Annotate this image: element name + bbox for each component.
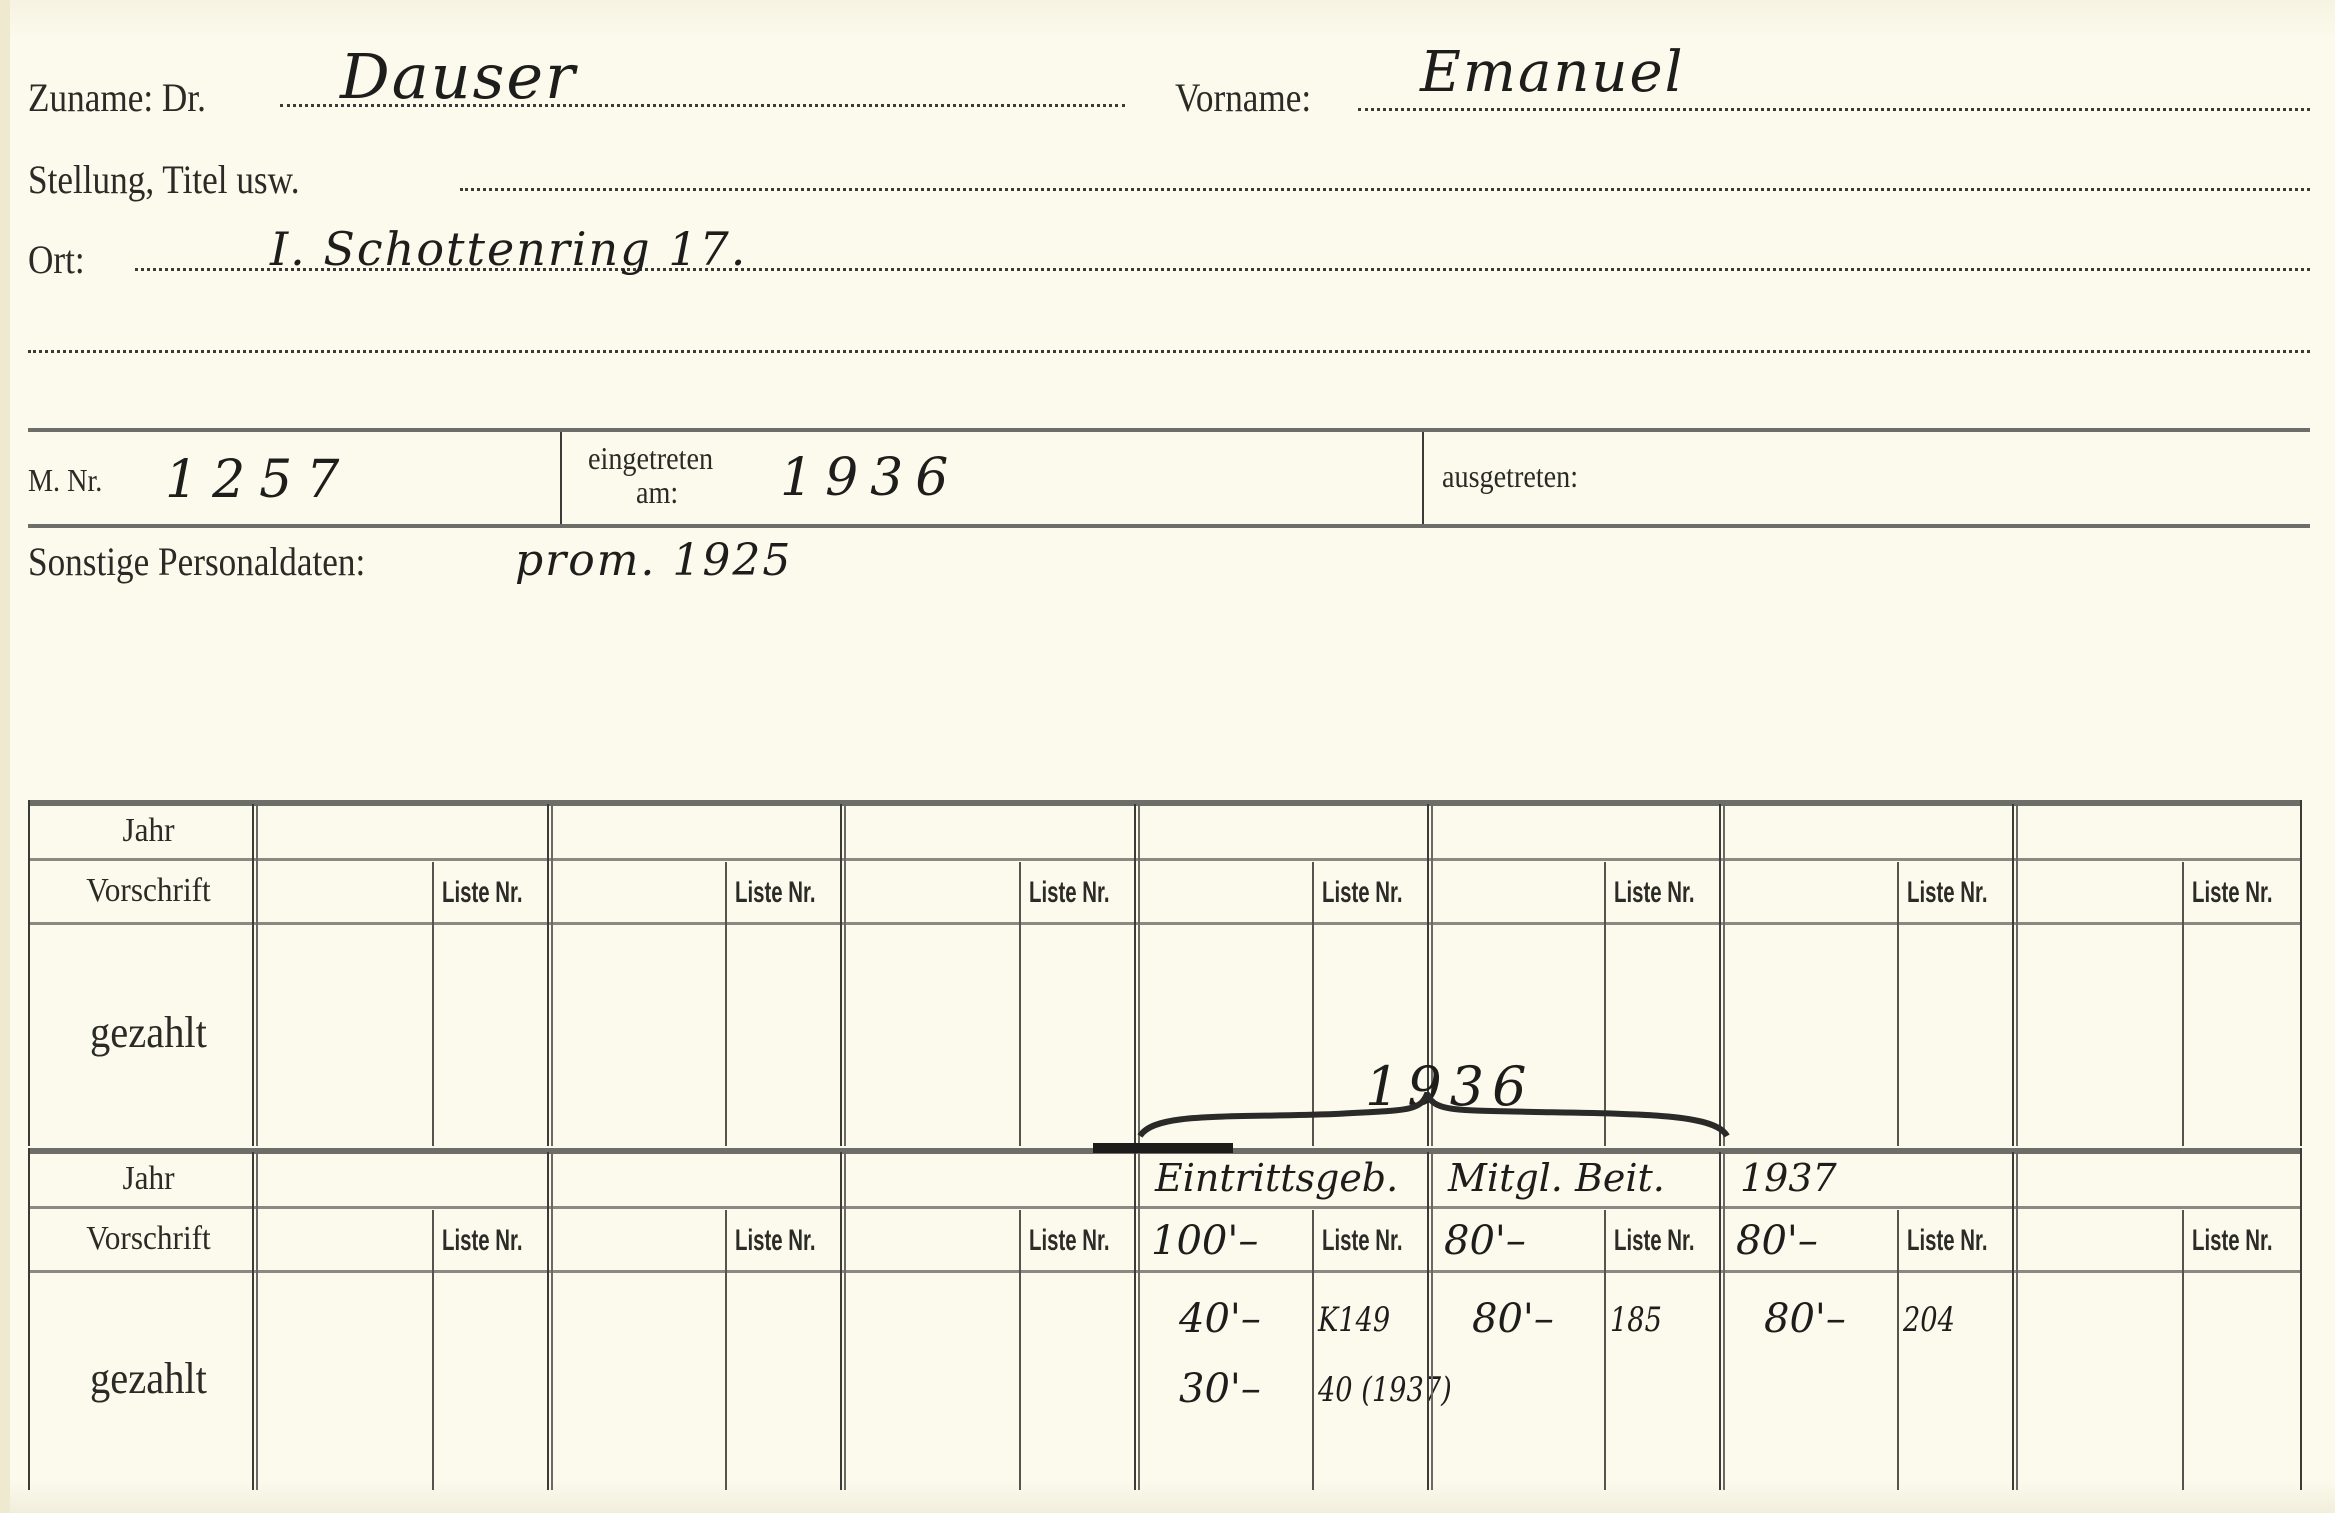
upper_block-group-3-divider <box>840 804 846 1146</box>
firstname-label: Vorname: <box>1175 74 1311 121</box>
lower_block-group-3-divider <box>840 1152 846 1490</box>
lower_block-group-3-prescribed-cell[interactable] <box>849 1214 1015 1266</box>
upper_block-group-3-prescribed-cell[interactable] <box>849 866 1015 918</box>
lower_block-group-6-list-header: Liste Nr. <box>1907 1224 1987 1258</box>
joined-label-line1: eingetreten <box>588 440 713 477</box>
lower_block-right-border <box>2300 1148 2302 1490</box>
lower_block-group-5-divider <box>1427 1152 1433 1490</box>
lower_block-group-5-paid-1[interactable]: 80'– <box>1472 1296 1554 1342</box>
lower_block-group-6-list-divider <box>1897 1210 1899 1490</box>
lower_block-prescribed-label: Vorschrift <box>45 1220 252 1258</box>
upper_block-group-2-year-cell[interactable] <box>556 808 837 858</box>
joined-value: 1936 <box>780 448 960 508</box>
lower_block-group-5-paid-list-1[interactable]: 185 <box>1610 1300 1662 1340</box>
upper_block-top-rule <box>28 800 2300 806</box>
member-divider-1 <box>560 432 562 524</box>
upper_block-left-border <box>28 800 30 1146</box>
lower_block-group-7-paid-cell[interactable] <box>2021 1280 2178 1484</box>
upper_block-group-2-paid-cell[interactable] <box>556 932 721 1140</box>
lower_block-group-7-list-header: Liste Nr. <box>2192 1224 2272 1258</box>
lower_block-group-4-divider <box>1134 1152 1140 1490</box>
upper_block-group-5-list-header: Liste Nr. <box>1614 876 1694 910</box>
lower_block-group-2-list-divider <box>725 1210 727 1490</box>
upper_block-group-7-prescribed-cell[interactable] <box>2021 866 2178 918</box>
lower_block-group-2-paid-cell[interactable] <box>556 1280 721 1484</box>
lower_block-group-6-paid-list-1[interactable]: 204 <box>1903 1300 1955 1340</box>
upper_block-group-5-prescribed-cell[interactable] <box>1436 866 1600 918</box>
lower_block-group-7-prescribed-cell[interactable] <box>2021 1214 2178 1266</box>
lower_block-group-1-paid-cell[interactable] <box>261 1280 428 1484</box>
brace-annotation <box>1135 1092 1735 1142</box>
upper_block-group-3-list-header: Liste Nr. <box>1029 876 1109 910</box>
lower_block-group-5-list-header: Liste Nr. <box>1614 1224 1694 1258</box>
lower_block-group-4-paid-list-1[interactable]: K149 <box>1318 1300 1390 1340</box>
member-divider-2 <box>1422 432 1424 524</box>
upper_block-group-6-list-header: Liste Nr. <box>1907 876 1987 910</box>
upper_block-group-7-year-cell[interactable] <box>2021 808 2294 858</box>
upper_block-right-border <box>2300 800 2302 1146</box>
lower_block-group-5-prescribed[interactable]: 80'– <box>1444 1218 1526 1264</box>
other-data-value: prom. 1925 <box>515 535 792 586</box>
upper_block-paid-label: gezahlt <box>45 1007 252 1058</box>
member-row-bottom-rule <box>28 524 2310 528</box>
lower_block-group-4-year[interactable]: Eintrittsgeb. <box>1155 1156 1398 1200</box>
upper_block-group-7-list-header: Liste Nr. <box>2192 876 2272 910</box>
firstname-line <box>1358 108 2310 111</box>
lower_block-year-rule <box>28 1206 2300 1209</box>
place-value: I. Schottenring 17. <box>270 222 747 276</box>
lower_block-group-3-list-header: Liste Nr. <box>1029 1224 1109 1258</box>
lower_block-group-1-year-cell[interactable] <box>261 1156 544 1206</box>
upper_block-group-3-year-cell[interactable] <box>849 808 1131 858</box>
upper_block-group-4-year-cell[interactable] <box>1143 808 1424 858</box>
lower_block-group-1-list-header: Liste Nr. <box>442 1224 522 1258</box>
upper_block-group-2-prescribed-cell[interactable] <box>556 866 721 918</box>
member-row-top-rule <box>28 428 2310 432</box>
lower_block-group-2-list-header: Liste Nr. <box>735 1224 815 1258</box>
lower_block-group-5-list-divider <box>1604 1210 1606 1490</box>
lower_block-group-2-year-cell[interactable] <box>556 1156 837 1206</box>
upper_block-group-1-year-cell[interactable] <box>261 808 544 858</box>
lower_block-group-4-prescribed[interactable]: 100'– <box>1151 1218 1258 1264</box>
lower_block-group-4-list-header: Liste Nr. <box>1322 1224 1402 1258</box>
lower_block-prescribed-rule <box>28 1270 2300 1273</box>
upper_block-group-2-list-divider <box>725 862 727 1146</box>
lower_block-group-2-divider <box>547 1152 553 1490</box>
upper_block-group-3-paid-cell[interactable] <box>849 932 1015 1140</box>
lower_block-group-7-list-divider <box>2182 1210 2184 1490</box>
joined-label-line2: am: <box>636 474 678 511</box>
surname-value: Dauser <box>340 40 577 113</box>
upper_block-group-2-list-header: Liste Nr. <box>735 876 815 910</box>
card-edge <box>0 0 10 1513</box>
lower_block-group-3-list-divider <box>1019 1210 1021 1490</box>
lower_block-paid-label: gezahlt <box>45 1353 252 1404</box>
upper_block-group-7-divider <box>2012 804 2018 1146</box>
upper_block-group-7-paid-cell[interactable] <box>2021 932 2178 1140</box>
upper_block-group-1-prescribed-cell[interactable] <box>261 866 428 918</box>
firstname-value: Emanuel <box>1420 40 1685 105</box>
lower_block-group-6-prescribed[interactable]: 80'– <box>1736 1218 1818 1264</box>
ink-bar <box>1093 1143 1233 1153</box>
upper_block-prescribed-rule <box>28 922 2300 925</box>
lower_block-year-label: Jahr <box>45 1160 252 1198</box>
surname-label: Zuname: Dr. <box>28 74 206 121</box>
lower_block-group-1-list-divider <box>432 1210 434 1490</box>
membership-card: Zuname: Dr. Dauser Vorname: Emanuel Stel… <box>0 0 2335 1513</box>
lower_block-group-4-paid-2[interactable]: 30'– <box>1179 1366 1261 1412</box>
upper_block-group-6-list-divider <box>1897 862 1899 1146</box>
upper_block-year-rule <box>28 858 2300 861</box>
lower_block-group-7-year-cell[interactable] <box>2021 1156 2294 1206</box>
lower_block-group-1-divider <box>252 1152 258 1490</box>
extra-line <box>28 350 2310 353</box>
member-no-label: M. Nr. <box>28 462 102 499</box>
upper_block-group-1-paid-cell[interactable] <box>261 932 428 1140</box>
upper_block-year-label: Jahr <box>45 812 252 850</box>
lower_block-group-5-year[interactable]: Mitgl. Beit. <box>1448 1156 1665 1200</box>
lower_block-group-4-paid-1[interactable]: 40'– <box>1179 1296 1261 1342</box>
upper_block-group-2-divider <box>547 804 553 1146</box>
lower_block-left-border <box>28 1148 30 1490</box>
upper_block-group-6-paid-cell[interactable] <box>1728 932 1893 1140</box>
upper_block-group-1-list-divider <box>432 862 434 1146</box>
place-label: Ort: <box>28 236 85 283</box>
lower_block-group-6-paid-1[interactable]: 80'– <box>1764 1296 1846 1342</box>
lower_block-group-3-paid-cell[interactable] <box>849 1280 1015 1484</box>
upper_block-prescribed-label: Vorschrift <box>45 872 252 910</box>
position-label: Stellung, Titel usw. <box>28 156 300 203</box>
lower_block-group-7-divider <box>2012 1152 2018 1490</box>
member-no-value: 1257 <box>165 450 353 510</box>
lower_block-group-4-list-divider <box>1312 1210 1314 1490</box>
upper_block-group-4-prescribed-cell[interactable] <box>1143 866 1308 918</box>
upper_block-group-4-list-header: Liste Nr. <box>1322 876 1402 910</box>
lower_block-group-6-year[interactable]: 1937 <box>1740 1156 1837 1200</box>
lower_block-group-6-divider <box>1719 1152 1725 1490</box>
upper_block-group-7-list-divider <box>2182 862 2184 1146</box>
upper_block-group-6-year-cell[interactable] <box>1728 808 2009 858</box>
upper_block-group-6-prescribed-cell[interactable] <box>1728 866 1893 918</box>
lower_block-group-3-year-cell[interactable] <box>849 1156 1131 1206</box>
upper_block-group-5-year-cell[interactable] <box>1436 808 1716 858</box>
position-line <box>460 188 2310 191</box>
lower_block-group-1-prescribed-cell[interactable] <box>261 1214 428 1266</box>
upper_block-group-1-divider <box>252 804 258 1146</box>
other-data-label: Sonstige Personaldaten: <box>28 538 365 585</box>
left-label: ausgetreten: <box>1442 458 1578 495</box>
upper_block-group-3-list-divider <box>1019 862 1021 1146</box>
upper_block-group-1-list-header: Liste Nr. <box>442 876 522 910</box>
lower_block-group-2-prescribed-cell[interactable] <box>556 1214 721 1266</box>
